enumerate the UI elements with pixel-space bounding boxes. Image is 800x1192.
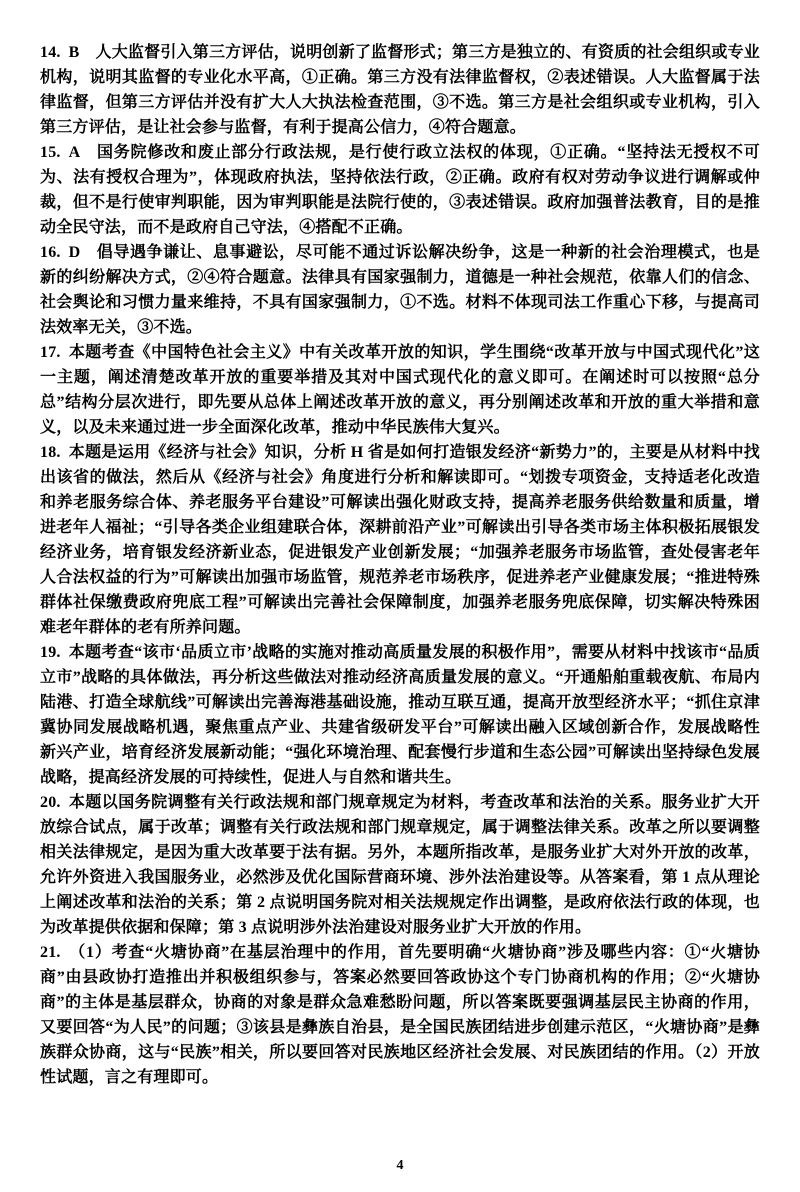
answer-item-16: 16.D倡导遇争谦让、息事避讼，尽可能不通过诉讼解决纷争，这是一种新的社会治理模…	[40, 240, 760, 340]
item-answer-letter: B	[69, 44, 80, 61]
answer-item-20: 20.本题以国务院调整有关行政法规和部门规章规定为材料，考查改革和法治的关系。服…	[40, 790, 760, 940]
answer-item-21: 21.（1）考查“火塘协商”在基层治理中的作用，首先要明确“火塘协商”涉及哪些内…	[40, 940, 760, 1090]
item-explanation: 倡导遇争谦让、息事避讼，尽可能不通过诉讼解决纷争，这是一种新的社会治理模式，也是…	[40, 244, 760, 336]
item-explanation: 本题考查“该市‘品质立市’战略的实施对推动高质量发展的积极作用”，需要从材料中找…	[40, 644, 760, 786]
item-number: 16.	[40, 244, 61, 261]
item-answer-letter: D	[69, 244, 81, 261]
answer-item-19: 19.本题考查“该市‘品质立市’战略的实施对推动高质量发展的积极作用”，需要从材…	[40, 640, 760, 790]
item-number: 20.	[40, 794, 61, 811]
document-page: 14.B人大监督引入第三方评估，说明创新了监督形式；第三方是独立的、有资质的社会…	[0, 0, 800, 1192]
item-explanation: 本题考查《中国特色社会主义》中有关改革开放的知识，学生围绕“改革开放与中国式现代…	[40, 344, 760, 436]
answer-item-14: 14.B人大监督引入第三方评估，说明创新了监督形式；第三方是独立的、有资质的社会…	[40, 40, 760, 140]
item-explanation: 人大监督引入第三方评估，说明创新了监督形式；第三方是独立的、有资质的社会组织或专…	[40, 44, 760, 136]
item-number: 18.	[40, 444, 61, 461]
item-number: 17.	[40, 344, 61, 361]
item-number: 21.	[40, 944, 61, 961]
item-answer-letter: A	[69, 144, 81, 161]
item-explanation: 国务院修改和废止部分行政法规，是行使行政立法权的体现，①正确。“坚持法无授权不可…	[40, 144, 760, 236]
answer-item-18: 18.本题是运用《经济与社会》知识，分析 H 省是如何打造银发经济“新势力”的，…	[40, 440, 760, 640]
item-number: 19.	[40, 644, 61, 661]
answer-item-17: 17.本题考查《中国特色社会主义》中有关改革开放的知识，学生围绕“改革开放与中国…	[40, 340, 760, 440]
answer-explanations: 14.B人大监督引入第三方评估，说明创新了监督形式；第三方是独立的、有资质的社会…	[40, 40, 760, 1090]
item-number: 14.	[40, 44, 61, 61]
item-explanation: 本题是运用《经济与社会》知识，分析 H 省是如何打造银发经济“新势力”的，主要是…	[40, 444, 760, 636]
item-number: 15.	[40, 144, 61, 161]
answer-item-15: 15.A国务院修改和废止部分行政法规，是行使行政立法权的体现，①正确。“坚持法无…	[40, 140, 760, 240]
item-explanation: 本题以国务院调整有关行政法规和部门规章规定为材料，考查改革和法治的关系。服务业扩…	[40, 794, 760, 936]
page-number: 4	[0, 1158, 800, 1174]
item-explanation: （1）考查“火塘协商”在基层治理中的作用，首先要明确“火塘协商”涉及哪些内容：①…	[40, 944, 760, 1086]
